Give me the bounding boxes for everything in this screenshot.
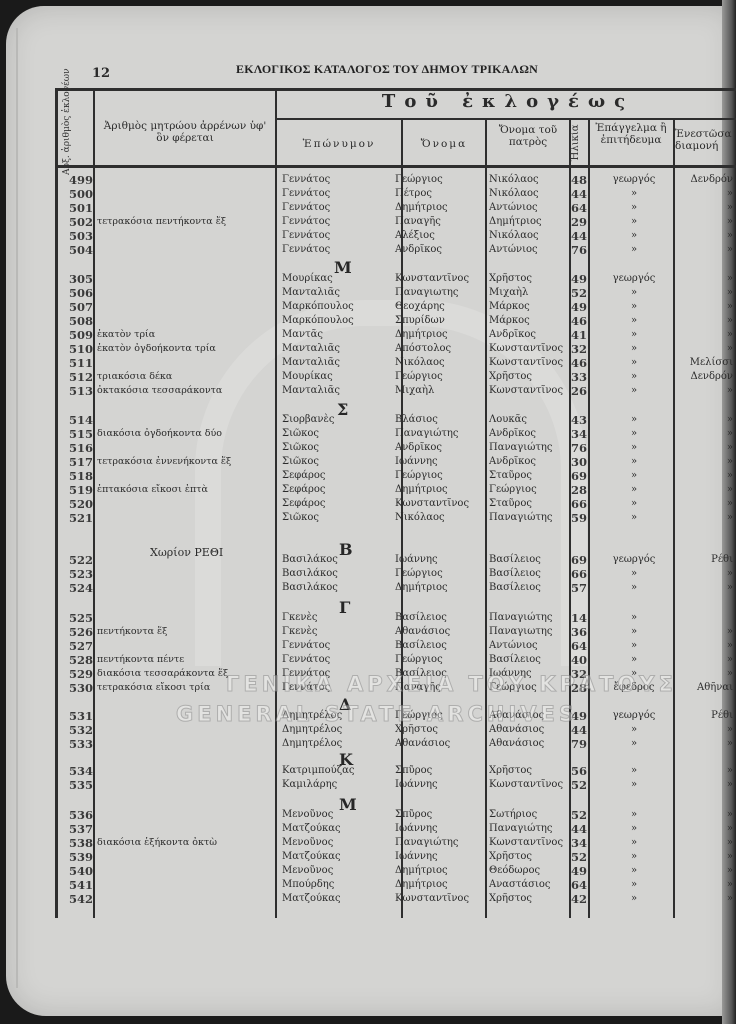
first-name-cell: Αλέξιος bbox=[395, 229, 435, 243]
serial-number: 521 bbox=[65, 511, 93, 525]
table-row: 534ΚατριμπούζαςΣπῦροςΧρῆστος56»» bbox=[55, 764, 736, 778]
serial-number: 519 bbox=[65, 483, 93, 497]
serial-number: 503 bbox=[65, 229, 93, 243]
surname-cell: Μαντᾶς bbox=[282, 328, 323, 342]
profession-cell: » bbox=[589, 187, 679, 201]
registry-number-words: τετρακόσια εἴκοσι τρία bbox=[97, 681, 210, 695]
serial-number: 527 bbox=[65, 639, 93, 653]
age-cell: 79 bbox=[567, 737, 587, 751]
header-profession: Ἐπάγγελμα ἢ ἐπιτήδευμα bbox=[591, 122, 671, 146]
serial-number: 540 bbox=[65, 864, 93, 878]
first-name-cell: Γεώργιος bbox=[395, 469, 443, 483]
father-name-cell: Βασίλειος bbox=[489, 553, 541, 567]
profession-cell: » bbox=[589, 441, 679, 455]
first-name-cell: Ιωάννης bbox=[395, 778, 438, 792]
serial-number: 518 bbox=[65, 469, 93, 483]
first-name-cell: Γεώργιος bbox=[395, 173, 443, 187]
age-cell: 30 bbox=[567, 455, 587, 469]
first-name-cell: Δημήτριος bbox=[395, 328, 448, 342]
father-name-cell: Χρῆστος bbox=[489, 272, 532, 286]
serial-number: 305 bbox=[65, 272, 93, 286]
surname-cell: Γκενὲς bbox=[282, 611, 317, 625]
age-cell: 34 bbox=[567, 427, 587, 441]
serial-number: 535 bbox=[65, 778, 93, 792]
registry-number-words: πεντήκοντα πέντε bbox=[97, 653, 184, 667]
serial-number: 524 bbox=[65, 581, 93, 595]
first-name-cell: Δημήτριος bbox=[395, 864, 448, 878]
serial-number: 520 bbox=[65, 497, 93, 511]
profession-cell: » bbox=[589, 229, 679, 243]
serial-number: 513 bbox=[65, 384, 93, 398]
profession-cell: » bbox=[589, 892, 679, 906]
serial-number: 541 bbox=[65, 878, 93, 892]
father-name-cell: Παναγιώτης bbox=[489, 511, 552, 525]
age-cell: 42 bbox=[567, 892, 587, 906]
profession-cell: » bbox=[589, 850, 679, 864]
serial-number: 539 bbox=[65, 850, 93, 864]
watermark-greek: ΓΕΝΙΚΑ ΑΡΧΕΙΑ ΤΟΥ ΚΡΑΤΟΥΣ bbox=[226, 672, 677, 696]
age-cell: 46 bbox=[567, 314, 587, 328]
first-name-cell: Κωνσταντῖνος bbox=[395, 272, 469, 286]
surname-cell: Μανταλιᾶς bbox=[282, 342, 340, 356]
table-row: 519ἑπτακόσια εἴκοσι ἑπτὰΣεφάροςΔημήτριος… bbox=[55, 483, 736, 497]
first-name-cell: Αθανάσιος bbox=[395, 625, 450, 639]
first-name-cell: Ιωάννης bbox=[395, 455, 438, 469]
village-label: Χωρίον ΡΕΘΙ bbox=[150, 546, 223, 559]
father-name-cell: Κωνσταντῖνος bbox=[489, 778, 563, 792]
serial-number: 508 bbox=[65, 314, 93, 328]
registry-number-words: ἑκατὸν τρία bbox=[97, 328, 155, 342]
age-cell: 76 bbox=[567, 441, 587, 455]
residence-cell: » bbox=[673, 653, 733, 667]
table-row: 535ΚαμιλάρηςΙωάννηςΚωνσταντῖνος52»» bbox=[55, 778, 736, 792]
serial-number: 502 bbox=[65, 215, 93, 229]
profession-cell: » bbox=[589, 314, 679, 328]
alphabet-section-letter: Μ bbox=[339, 795, 357, 814]
serial-number: 530 bbox=[65, 681, 93, 695]
residence-cell: Ρέθι bbox=[673, 709, 733, 723]
serial-number: 525 bbox=[65, 611, 93, 625]
residence-cell: » bbox=[673, 384, 733, 398]
father-name-cell: Νικόλαος bbox=[489, 229, 539, 243]
age-cell: 52 bbox=[567, 286, 587, 300]
age-cell: 44 bbox=[567, 187, 587, 201]
table-row: 517τετρακόσια ἐννενήκοντα ἕξΣιῶκοςΙωάννη… bbox=[55, 455, 736, 469]
age-cell: 49 bbox=[567, 864, 587, 878]
first-name-cell: Μιχαὴλ bbox=[395, 384, 434, 398]
father-name-cell: Σωτήριος bbox=[489, 808, 537, 822]
residence-cell: » bbox=[673, 229, 733, 243]
serial-number: 507 bbox=[65, 300, 93, 314]
table-row: 541ΜπούρδηςΔημήτριοςΑναστάσιος64»» bbox=[55, 878, 736, 892]
serial-number: 522 bbox=[65, 553, 93, 567]
serial-number: 538 bbox=[65, 836, 93, 850]
table-row: 542ΜατζούκαςΚωνσταντῖνοςΧρῆστος42»» bbox=[55, 892, 736, 906]
father-name-cell: Μάρκος bbox=[489, 314, 530, 328]
table-row: 513ὀκτακόσια τεσσαράκονταΜανταλιᾶςΜιχαὴλ… bbox=[55, 384, 736, 398]
first-name-cell: Θεοχάρης bbox=[395, 300, 445, 314]
age-cell: 64 bbox=[567, 201, 587, 215]
father-name-cell: Παναγιώτης bbox=[489, 441, 552, 455]
surname-cell: Μανταλιᾶς bbox=[282, 384, 340, 398]
header-first-name: Ὄνομα bbox=[403, 138, 485, 150]
group-header-rule bbox=[275, 118, 736, 120]
age-cell: 32 bbox=[567, 342, 587, 356]
father-name-cell: Κωνσταντῖνος bbox=[489, 384, 563, 398]
surname-cell: Γεννάτος bbox=[282, 653, 330, 667]
surname-cell: Μενοῦνος bbox=[282, 836, 333, 850]
registry-number-words: πεντήκοντα ἕξ bbox=[97, 625, 167, 639]
father-name-cell: Χρῆστος bbox=[489, 370, 532, 384]
age-cell: 44 bbox=[567, 229, 587, 243]
age-cell: 64 bbox=[567, 878, 587, 892]
surname-cell: Γεννάτος bbox=[282, 187, 330, 201]
age-cell: 52 bbox=[567, 808, 587, 822]
first-name-cell: Παναγῆς bbox=[395, 215, 441, 229]
profession-cell: » bbox=[589, 567, 679, 581]
residence-cell: » bbox=[673, 469, 733, 483]
serial-number: 501 bbox=[65, 201, 93, 215]
profession-cell: » bbox=[589, 328, 679, 342]
age-cell: 56 bbox=[567, 764, 587, 778]
profession-cell: » bbox=[589, 581, 679, 595]
serial-number: 500 bbox=[65, 187, 93, 201]
surname-cell: Βασιλάκος bbox=[282, 567, 338, 581]
serial-number: 516 bbox=[65, 441, 93, 455]
profession-cell: γεωργός bbox=[589, 709, 679, 723]
page-number: 12 bbox=[92, 66, 110, 81]
serial-number: 499 bbox=[65, 173, 93, 187]
table-row: 509ἑκατὸν τρίαΜαντᾶςΔημήτριοςΑνδρῖκος41»… bbox=[55, 328, 736, 342]
serial-number: 517 bbox=[65, 455, 93, 469]
first-name-cell: Βασίλειος bbox=[395, 639, 447, 653]
first-name-cell: Νικόλαος bbox=[395, 356, 445, 370]
first-name-cell: Γεώργιος bbox=[395, 567, 443, 581]
first-name-cell: Κωνσταντῖνος bbox=[395, 892, 469, 906]
profession-cell: » bbox=[589, 342, 679, 356]
first-name-cell: Ανδρῖκος bbox=[395, 243, 442, 257]
age-cell: 76 bbox=[567, 243, 587, 257]
age-cell: 48 bbox=[567, 173, 587, 187]
serial-number: 504 bbox=[65, 243, 93, 257]
residence-cell: » bbox=[673, 737, 733, 751]
profession-cell: » bbox=[589, 611, 679, 625]
surname-cell: Σιορβανὲς bbox=[282, 413, 334, 427]
first-name-cell: Δημήτριος bbox=[395, 201, 448, 215]
registry-number-words: διακόσια τεσσαράκοντα ἕξ bbox=[97, 667, 228, 681]
surname-cell: Γκενὲς bbox=[282, 625, 317, 639]
residence-cell: » bbox=[673, 822, 733, 836]
father-name-cell: Παναγιωτης bbox=[489, 625, 552, 639]
surname-cell: Σιῶκος bbox=[282, 427, 319, 441]
serial-number: 529 bbox=[65, 667, 93, 681]
surname-cell: Σεφάρος bbox=[282, 483, 326, 497]
residence-cell: » bbox=[673, 778, 733, 792]
serial-number: 523 bbox=[65, 567, 93, 581]
table-row: 540ΜενοῦνοςΔημήτριοςΘεόδωρος49»» bbox=[55, 864, 736, 878]
residence-cell: » bbox=[673, 187, 733, 201]
father-name-cell: Γεώργιος bbox=[489, 483, 537, 497]
surname-cell: Γεννάτος bbox=[282, 229, 330, 243]
surname-cell: Ματζούκας bbox=[282, 892, 341, 906]
residence-cell: » bbox=[673, 441, 733, 455]
surname-cell: Μανταλιᾶς bbox=[282, 356, 340, 370]
first-name-cell: Παναγιωτης bbox=[395, 286, 458, 300]
first-name-cell: Ανδρῖκος bbox=[395, 441, 442, 455]
profession-cell: » bbox=[589, 300, 679, 314]
surname-cell: Βασιλάκος bbox=[282, 581, 338, 595]
registry-number-words: τριακόσια δέκα bbox=[97, 370, 172, 384]
table-row: 539ΜατζούκαςΙωάννηςΧρῆστος52»» bbox=[55, 850, 736, 864]
age-cell: 41 bbox=[567, 328, 587, 342]
profession-cell: » bbox=[589, 723, 679, 737]
residence-cell: » bbox=[673, 272, 733, 286]
age-cell: 52 bbox=[567, 778, 587, 792]
surname-cell: Γεννάτος bbox=[282, 201, 330, 215]
table-row: 533ΔημητρέλοςΑθανάσιοςΑθανάσιος79»» bbox=[55, 737, 736, 751]
first-name-cell: Δημήτριος bbox=[395, 483, 448, 497]
profession-cell: » bbox=[589, 836, 679, 850]
residence-cell: » bbox=[673, 511, 733, 525]
surname-cell: Μενοῦνος bbox=[282, 808, 333, 822]
header-bottom-rule bbox=[55, 165, 736, 168]
residence-cell: » bbox=[673, 342, 733, 356]
father-name-cell: Βασίλειος bbox=[489, 567, 541, 581]
serial-number: 514 bbox=[65, 413, 93, 427]
residence-cell: » bbox=[673, 764, 733, 778]
header-surname: Ἐπώνυμον bbox=[277, 138, 401, 150]
age-cell: 28 bbox=[567, 483, 587, 497]
first-name-cell: Παναγιώτης bbox=[395, 836, 458, 850]
first-name-cell: Βλάσιος bbox=[395, 413, 438, 427]
father-name-cell: Βασίλειος bbox=[489, 581, 541, 595]
profession-cell: » bbox=[589, 737, 679, 751]
residence-cell: » bbox=[673, 413, 733, 427]
table-row: 305ΜουρίκαςΚωνσταντῖνοςΧρῆστος49γεωργός» bbox=[55, 272, 736, 286]
age-cell: 33 bbox=[567, 370, 587, 384]
serial-number: 533 bbox=[65, 737, 93, 751]
alphabet-section-letter: Γ bbox=[339, 598, 350, 617]
surname-cell: Σεφάρος bbox=[282, 469, 326, 483]
age-cell: 36 bbox=[567, 625, 587, 639]
age-cell: 26 bbox=[567, 384, 587, 398]
table-row: 502τετρακόσια πεντήκοντα ἕξΓεννάτοςΠαναγ… bbox=[55, 215, 736, 229]
profession-cell: » bbox=[589, 427, 679, 441]
table-row: 521ΣιῶκοςΝικόλαοςΠαναγιώτης59»» bbox=[55, 511, 736, 525]
surname-cell: Γεννάτος bbox=[282, 173, 330, 187]
table-row: 528πεντήκοντα πέντεΓεννάτοςΓεώργιοςΒασίλ… bbox=[55, 653, 736, 667]
registry-number-words: διακόσια ὀγδοήκοντα δύο bbox=[97, 427, 222, 441]
surname-cell: Ματζούκας bbox=[282, 850, 341, 864]
surname-cell: Μαρκόπουλος bbox=[282, 314, 354, 328]
father-name-cell: Λουκᾶς bbox=[489, 413, 527, 427]
surname-cell: Ματζούκας bbox=[282, 822, 341, 836]
father-name-cell: Μιχαὴλ bbox=[489, 286, 528, 300]
first-name-cell: Νικόλαος bbox=[395, 511, 445, 525]
residence-cell: » bbox=[673, 314, 733, 328]
residence-cell: » bbox=[673, 850, 733, 864]
surname-cell: Μενοῦνος bbox=[282, 864, 333, 878]
serial-number: 536 bbox=[65, 808, 93, 822]
father-name-cell: Σταῦρος bbox=[489, 469, 532, 483]
table-row: 518ΣεφάροςΓεώργιοςΣταῦρος69»» bbox=[55, 469, 736, 483]
father-name-cell: Νικόλαος bbox=[489, 173, 539, 187]
table-row: 527ΓεννάτοςΒασίλειοςΑντώνιος64»» bbox=[55, 639, 736, 653]
age-cell: 44 bbox=[567, 822, 587, 836]
surname-cell: Σεφάρος bbox=[282, 497, 326, 511]
surname-cell: Γεννάτος bbox=[282, 639, 330, 653]
table-row: 514ΣιορβανὲςΒλάσιοςΛουκᾶς43»» bbox=[55, 413, 736, 427]
serial-number: 531 bbox=[65, 709, 93, 723]
profession-cell: » bbox=[589, 483, 679, 497]
father-name-cell: Δημήτριος bbox=[489, 215, 542, 229]
registry-number-words: διακόσια ἑξήκοντα ὀκτὼ bbox=[97, 836, 217, 850]
first-name-cell: Πέτρος bbox=[395, 187, 432, 201]
profession-cell: » bbox=[589, 864, 679, 878]
first-name-cell: Ιωάννης bbox=[395, 822, 438, 836]
surname-cell: Σιῶκος bbox=[282, 455, 319, 469]
header-group: Τοῦ ἐκλογέως bbox=[280, 96, 736, 108]
age-cell: 69 bbox=[567, 469, 587, 483]
residence-cell: » bbox=[673, 808, 733, 822]
profession-cell: » bbox=[589, 639, 679, 653]
father-name-cell: Χρῆστος bbox=[489, 764, 532, 778]
alphabet-section-letter: Μ bbox=[334, 258, 352, 277]
table-row: 499ΓεννάτοςΓεώργιοςΝικόλαος48γεωργόςΔενδ… bbox=[55, 173, 736, 187]
profession-cell: » bbox=[589, 356, 679, 370]
age-cell: 64 bbox=[567, 639, 587, 653]
residence-cell: » bbox=[673, 581, 733, 595]
table-row: 516ΣιῶκοςΑνδρῖκοςΠαναγιώτης76»» bbox=[55, 441, 736, 455]
table-row: 523ΒασιλάκοςΓεώργιοςΒασίλειος66»» bbox=[55, 567, 736, 581]
residence-cell: » bbox=[673, 625, 733, 639]
father-name-cell: Θεόδωρος bbox=[489, 864, 540, 878]
surname-cell: Γεννάτος bbox=[282, 243, 330, 257]
residence-cell: » bbox=[673, 286, 733, 300]
age-cell: 57 bbox=[567, 581, 587, 595]
registry-number-words: τετρακόσια πεντήκοντα ἕξ bbox=[97, 215, 226, 229]
profession-cell: » bbox=[589, 778, 679, 792]
father-name-cell: Κωνσταντῖνος bbox=[489, 342, 563, 356]
age-cell: 59 bbox=[567, 511, 587, 525]
father-name-cell: Νικόλαος bbox=[489, 187, 539, 201]
surname-cell: Γεννάτος bbox=[282, 215, 330, 229]
age-cell: 14 bbox=[567, 611, 587, 625]
profession-cell: » bbox=[589, 243, 679, 257]
serial-number: 537 bbox=[65, 822, 93, 836]
table-row: 507ΜαρκόπουλοςΘεοχάρηςΜάρκος49»» bbox=[55, 300, 736, 314]
table-row: 538διακόσια ἑξήκοντα ὀκτὼΜενοῦνοςΠαναγιώ… bbox=[55, 836, 736, 850]
table-row: 506ΜανταλιᾶςΠαναγιωτηςΜιχαὴλ52»» bbox=[55, 286, 736, 300]
table-row: 526πεντήκοντα ἕξΓκενὲςΑθανάσιοςΠαναγιωτη… bbox=[55, 625, 736, 639]
profession-cell: » bbox=[589, 286, 679, 300]
residence-cell: » bbox=[673, 328, 733, 342]
residence-cell: » bbox=[673, 483, 733, 497]
first-name-cell: Βασίλειος bbox=[395, 611, 447, 625]
running-title: ΕΚΛΟΓΙΚΟΣ ΚΑΤΑΛΟΓΟΣ ΤΟΥ ΔΗΜΟΥ ΤΡΙΚΑΛΩΝ bbox=[236, 62, 538, 77]
profession-cell: » bbox=[589, 878, 679, 892]
serial-number: 512 bbox=[65, 370, 93, 384]
father-name-cell: Αναστάσιος bbox=[489, 878, 551, 892]
header-age: Ἡλικία bbox=[571, 115, 585, 171]
age-cell: 46 bbox=[567, 356, 587, 370]
residence-cell: Δενδρόν bbox=[673, 173, 733, 187]
father-name-cell: Παναγιώτης bbox=[489, 611, 552, 625]
alphabet-section-letter: Β bbox=[339, 540, 353, 559]
residence-cell: Αθῆναι bbox=[673, 681, 733, 695]
father-name-cell: Αντώνιος bbox=[489, 201, 538, 215]
father-name-cell: Αντώνιος bbox=[489, 639, 538, 653]
residence-cell: » bbox=[673, 864, 733, 878]
table-row: 500ΓεννάτοςΠέτροςΝικόλαος44»» bbox=[55, 187, 736, 201]
header-father-name: Ὄνομα τοῦ πατρὸς bbox=[491, 124, 565, 148]
father-name-cell: Αθανάσιος bbox=[489, 737, 544, 751]
first-name-cell: Δημήτριος bbox=[395, 581, 448, 595]
registry-number-words: τετρακόσια ἐννενήκοντα ἕξ bbox=[97, 455, 231, 469]
table-row: 536ΜενοῦνοςΣπῦροςΣωτήριος52»» bbox=[55, 808, 736, 822]
residence-cell: » bbox=[673, 300, 733, 314]
father-name-cell: Ανδρῖκος bbox=[489, 427, 536, 441]
first-name-cell: Ιωάννης bbox=[395, 850, 438, 864]
serial-number: 542 bbox=[65, 892, 93, 906]
profession-cell: » bbox=[589, 413, 679, 427]
surname-cell: Βασιλάκος bbox=[282, 553, 338, 567]
watermark-english: GENERAL STATE ARCHIVES bbox=[176, 702, 578, 726]
surname-cell: Σιῶκος bbox=[282, 511, 319, 525]
table-row: 512τριακόσια δέκαΜουρίκαςΓεώργιοςΧρῆστος… bbox=[55, 370, 736, 384]
residence-cell: » bbox=[673, 667, 733, 681]
age-cell: 69 bbox=[567, 553, 587, 567]
table-row: 520ΣεφάροςΚωνσταντῖνοςΣταῦρος66»» bbox=[55, 497, 736, 511]
residence-cell: » bbox=[673, 639, 733, 653]
registry-number-words: ἑκατὸν ὀγδοήκοντα τρία bbox=[97, 342, 216, 356]
residence-cell: » bbox=[673, 215, 733, 229]
profession-cell: » bbox=[589, 764, 679, 778]
surname-cell: Μαρκόπουλος bbox=[282, 300, 354, 314]
first-name-cell: Αθανάσιος bbox=[395, 737, 450, 751]
father-name-cell: Βασίλειος bbox=[489, 653, 541, 667]
residence-cell: » bbox=[673, 243, 733, 257]
age-cell: 52 bbox=[567, 850, 587, 864]
residence-cell: Μελίσσι bbox=[673, 356, 733, 370]
table-row: 537ΜατζούκαςΙωάννηςΠαναγιώτης44»» bbox=[55, 822, 736, 836]
profession-cell: » bbox=[589, 370, 679, 384]
table-row: 508ΜαρκόπουλοςΣπυρίδωνΜάρκος46»» bbox=[55, 314, 736, 328]
table-row: 501ΓεννάτοςΔημήτριοςΑντώνιος64»» bbox=[55, 201, 736, 215]
father-name-cell: Ανδρῖκος bbox=[489, 328, 536, 342]
age-cell: 66 bbox=[567, 567, 587, 581]
residence-cell: » bbox=[673, 427, 733, 441]
age-cell: 66 bbox=[567, 497, 587, 511]
father-name-cell: Χρῆστος bbox=[489, 850, 532, 864]
table-row: 503ΓεννάτοςΑλέξιοςΝικόλαος44»» bbox=[55, 229, 736, 243]
alphabet-section-letter: Σ bbox=[337, 400, 348, 419]
registry-number-words: ὀκτακόσια τεσσαράκοντα bbox=[97, 384, 222, 398]
first-name-cell: Απόστολος bbox=[395, 342, 451, 356]
surname-cell: Μουρίκας bbox=[282, 370, 333, 384]
surname-cell: Μανταλιᾶς bbox=[282, 286, 340, 300]
profession-cell: » bbox=[589, 215, 679, 229]
residence-cell: » bbox=[673, 836, 733, 850]
surname-cell: Μουρίκας bbox=[282, 272, 333, 286]
first-name-cell: Δημήτριος bbox=[395, 878, 448, 892]
serial-number: 515 bbox=[65, 427, 93, 441]
table-row: 524ΒασιλάκοςΔημήτριοςΒασίλειος57»» bbox=[55, 581, 736, 595]
serial-number: 532 bbox=[65, 723, 93, 737]
header-residence: Ἐνεστῶσα διαμονή bbox=[675, 128, 735, 152]
age-cell: 49 bbox=[567, 272, 587, 286]
profession-cell: γεωργός bbox=[589, 173, 679, 187]
